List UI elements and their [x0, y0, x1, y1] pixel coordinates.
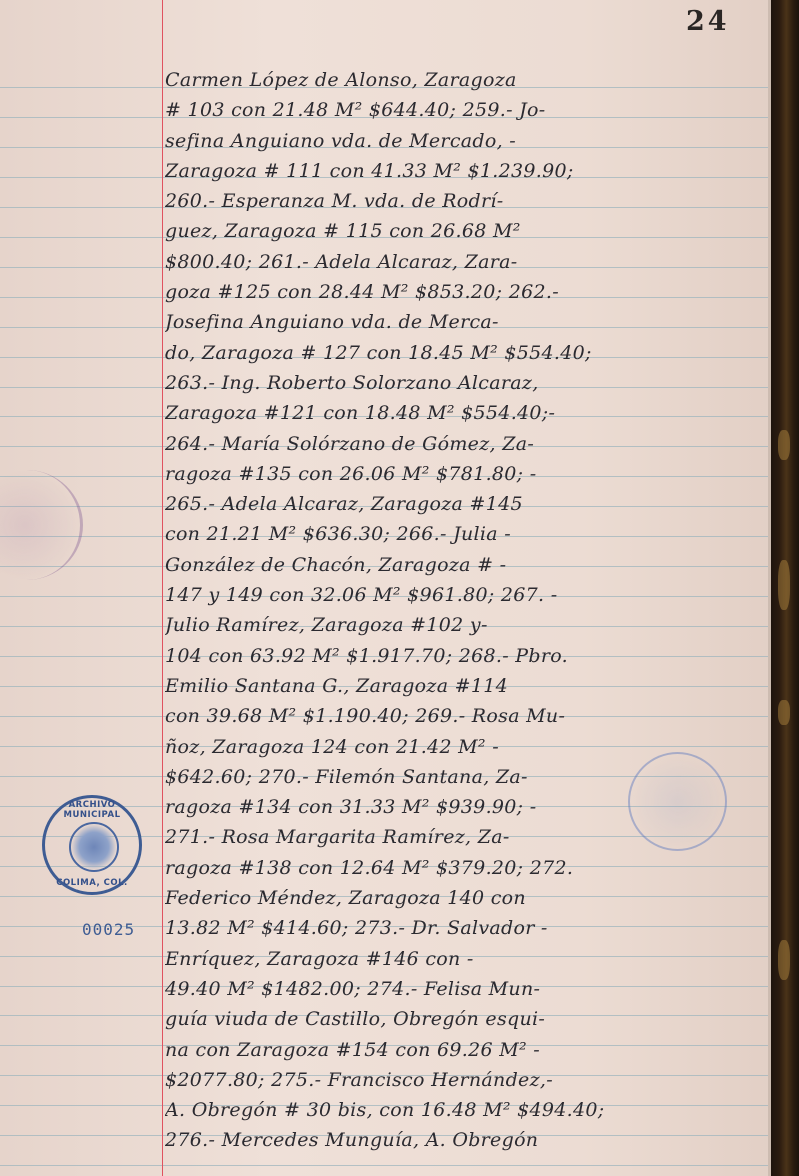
handwritten-line: Zaragoza # 111 con 41.33 M² $1.239.90; — [165, 156, 765, 186]
handwritten-line: sefina Anguiano vda. de Mercado, - — [165, 126, 765, 156]
page-number: 24 — [686, 6, 730, 37]
handwritten-line: con 39.68 M² $1.190.40; 269.- Rosa Mu- — [165, 701, 765, 731]
handwritten-line: $2077.80; 275.- Francisco Hernández,- — [165, 1065, 765, 1095]
handwritten-line: Josefina Anguiano vda. de Merca- — [165, 307, 765, 337]
handwritten-line: Zaragoza #121 con 18.48 M² $554.40;- — [165, 398, 765, 428]
handwritten-line: $800.40; 261.- Adela Alcaraz, Zara- — [165, 247, 765, 277]
handwritten-line: 13.82 M² $414.60; 273.- Dr. Salvador - — [165, 913, 765, 943]
handwritten-entries: Carmen López de Alonso, Zaragoza# 103 co… — [165, 65, 765, 1156]
handwritten-line: guía viuda de Castillo, Obregón esqui- — [165, 1004, 765, 1034]
eagle-emblem-icon — [69, 822, 119, 872]
faded-stamp-bleedthrough-icon — [0, 470, 83, 580]
handwritten-line: con 21.21 M² $636.30; 266.- Julia - — [165, 519, 765, 549]
handwritten-line: goza #125 con 28.44 M² $853.20; 262.- — [165, 277, 765, 307]
binding-speckle — [778, 430, 790, 460]
handwritten-line: Julio Ramírez, Zaragoza #102 y- — [165, 610, 765, 640]
red-margin-line — [162, 0, 163, 1176]
ruled-line — [0, 1165, 768, 1166]
binding-speckle — [778, 700, 790, 725]
handwritten-line: González de Chacón, Zaragoza # - — [165, 550, 765, 580]
faded-archive-stamp-icon — [628, 752, 727, 851]
handwritten-line: 260.- Esperanza M. vda. de Rodrí- — [165, 186, 765, 216]
handwritten-line: 104 con 63.92 M² $1.917.70; 268.- Pbro. — [165, 641, 765, 671]
handwritten-line: Federico Méndez, Zaragoza 140 con — [165, 883, 765, 913]
stamp-top-text: ARCHIVO MUNICIPAL — [45, 800, 139, 820]
handwritten-line: 147 y 149 con 32.06 M² $961.80; 267. - — [165, 580, 765, 610]
handwritten-line: Carmen López de Alonso, Zaragoza — [165, 65, 765, 95]
handwritten-line: ragoza #135 con 26.06 M² $781.80; - — [165, 459, 765, 489]
binding-speckle — [778, 560, 790, 610]
handwritten-line: do, Zaragoza # 127 con 18.45 M² $554.40; — [165, 338, 765, 368]
handwritten-line: Enríquez, Zaragoza #146 con - — [165, 944, 765, 974]
handwritten-line: 49.40 M² $1482.00; 274.- Felisa Mun- — [165, 974, 765, 1004]
handwritten-line: 276.- Mercedes Munguía, A. Obregón — [165, 1125, 765, 1155]
handwritten-line: 265.- Adela Alcaraz, Zaragoza #145 — [165, 489, 765, 519]
folio-number: 00025 — [82, 920, 135, 939]
handwritten-line: guez, Zaragoza # 115 con 26.68 M² — [165, 216, 765, 246]
ledger-page: 24 Carmen López de Alonso, Zaragoza# 103… — [0, 0, 775, 1176]
archive-stamp: ARCHIVO MUNICIPAL COLIMA, COL. — [42, 795, 142, 895]
handwritten-line: na con Zaragoza #154 con 69.26 M² - — [165, 1035, 765, 1065]
stamp-bottom-text: COLIMA, COL. — [45, 878, 139, 888]
binding-speckle — [778, 940, 790, 980]
handwritten-line: # 103 con 21.48 M² $644.40; 259.- Jo- — [165, 95, 765, 125]
handwritten-line: 264.- María Solórzano de Gómez, Za- — [165, 429, 765, 459]
handwritten-line: A. Obregón # 30 bis, con 16.48 M² $494.4… — [165, 1095, 765, 1125]
handwritten-line: ragoza #138 con 12.64 M² $379.20; 272. — [165, 853, 765, 883]
handwritten-line: 263.- Ing. Roberto Solorzano Alcaraz, — [165, 368, 765, 398]
handwritten-line: Emilio Santana G., Zaragoza #114 — [165, 671, 765, 701]
